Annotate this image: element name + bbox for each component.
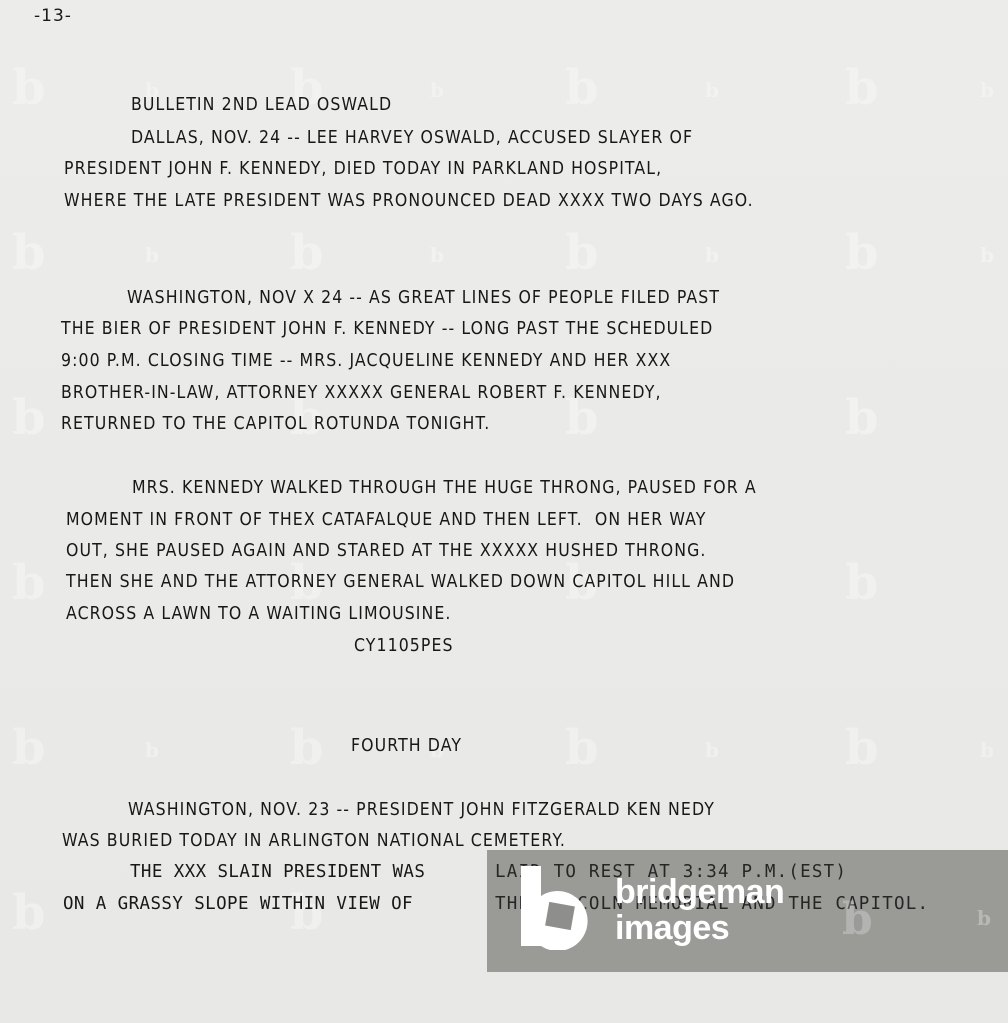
- watermark-b-icon: b: [12, 555, 46, 611]
- watermark-b-icon: b: [977, 906, 991, 930]
- paragraph-line: THEN SHE AND THE ATTORNEY GENERAL WALKED…: [66, 572, 735, 592]
- watermark-brand-line2: images: [615, 910, 729, 946]
- paragraph-line: MOMENT IN FRONT OF THEX CATAFALQUE AND T…: [66, 510, 706, 530]
- paragraph-line: OUT, SHE PAUSED AGAIN AND STARED AT THE …: [66, 541, 706, 561]
- paragraph-line: WASHINGTON, NOV X 24 -- AS GREAT LINES O…: [127, 288, 720, 308]
- document-page: b b b b b b b b b b b b b b b b b b b b …: [0, 0, 1008, 1023]
- paragraph-line: THE BIER OF PRESIDENT JOHN F. KENNEDY --…: [61, 319, 713, 339]
- watermark-b-icon: b: [145, 738, 159, 762]
- watermark-b-icon: b: [145, 243, 159, 267]
- paragraph-line: 9:00 P.M. CLOSING TIME -- MRS. JACQUELIN…: [61, 351, 671, 371]
- watermark-b-icon: b: [845, 555, 879, 611]
- watermark-brand-line1: bridgeman: [615, 874, 784, 910]
- page-number: -13-: [34, 6, 72, 26]
- watermark-b-icon: b: [12, 720, 46, 776]
- watermark-b-icon: b: [565, 720, 599, 776]
- paragraph-line: THE XXX SLAIN PRESIDENT WAS: [130, 862, 425, 882]
- paragraph-line: RETURNED TO THE CAPITOL ROTUNDA TONIGHT.: [61, 414, 490, 434]
- watermark-b-icon: b: [12, 225, 46, 281]
- paragraph-line: ON A GRASSY SLOPE WITHIN VIEW OF: [63, 894, 413, 914]
- bulletin-line: PRESIDENT JOHN F. KENNEDY, DIED TODAY IN…: [64, 159, 662, 179]
- bridgeman-logo-icon: [517, 864, 597, 950]
- watermark-b-icon: b: [845, 60, 879, 116]
- watermark-b-icon: b: [980, 738, 994, 762]
- watermark-b-icon: b: [845, 390, 879, 446]
- watermark-b-icon: b: [980, 243, 994, 267]
- section-heading: FOURTH DAY: [351, 736, 462, 756]
- paragraph-line: WASHINGTON, NOV. 23 -- PRESIDENT JOHN FI…: [128, 800, 715, 820]
- watermark-overlay: LAID TO REST AT 3:34 P.M.(EST) THE LINCO…: [487, 850, 1008, 972]
- watermark-b-icon: b: [980, 78, 994, 102]
- paragraph-line: ACROSS A LAWN TO A WAITING LIMOUSINE.: [66, 604, 452, 624]
- paragraph-line: WAS BURIED TODAY IN ARLINGTON NATIONAL C…: [62, 831, 566, 851]
- watermark-b-icon: b: [845, 720, 879, 776]
- watermark-b-icon: b: [430, 78, 444, 102]
- watermark-b-icon: b: [12, 390, 46, 446]
- watermark-b-icon: b: [565, 60, 599, 116]
- watermark-b-icon: b: [290, 225, 324, 281]
- transmission-code: CY1105PES: [354, 636, 454, 656]
- watermark-b-icon: b: [12, 885, 46, 941]
- paragraph-line: MRS. KENNEDY WALKED THROUGH THE HUGE THR…: [132, 478, 757, 498]
- watermark-b-icon: b: [430, 243, 444, 267]
- watermark-b-icon: b: [705, 243, 719, 267]
- paragraph-line: BROTHER-IN-LAW, ATTORNEY XXXXX GENERAL R…: [61, 383, 662, 403]
- watermark-b-icon: b: [705, 738, 719, 762]
- watermark-b-icon: b: [705, 78, 719, 102]
- watermark-b-icon: b: [842, 894, 873, 945]
- bulletin-line: DALLAS, NOV. 24 -- LEE HARVEY OSWALD, AC…: [131, 128, 693, 148]
- watermark-b-icon: b: [845, 225, 879, 281]
- watermark-b-icon: b: [565, 225, 599, 281]
- watermark-b-icon: b: [290, 720, 324, 776]
- bulletin-line: WHERE THE LATE PRESIDENT WAS PRONOUNCED …: [64, 191, 754, 211]
- bulletin-heading: BULLETIN 2ND LEAD OSWALD: [131, 95, 392, 115]
- watermark-b-icon: b: [12, 60, 46, 116]
